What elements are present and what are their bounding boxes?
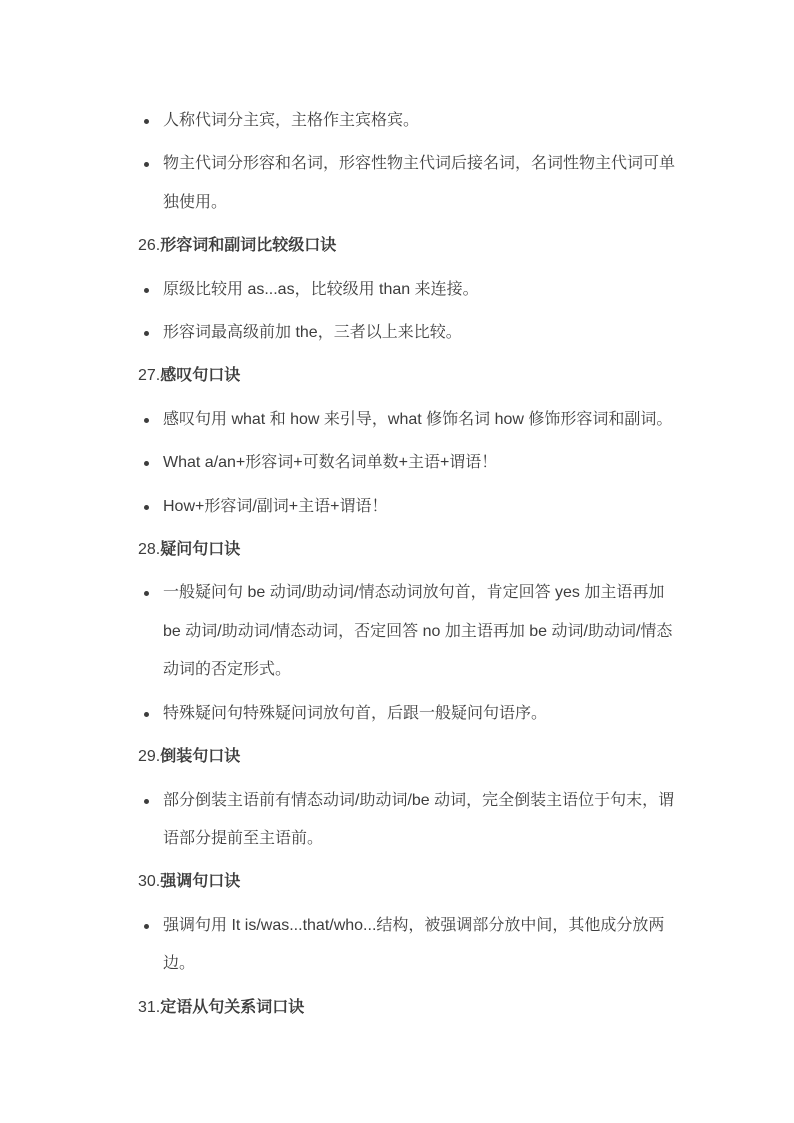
section-heading: 30.强调句口诀 <box>138 863 686 901</box>
bullet-text-line: 感叹句用 what 和 how 来引导，what 修饰名词 how 修饰形容词和… <box>163 401 686 439</box>
bullet-text-line: 一般疑问句 be 动词/助动词/情态动词放句首，肯定回答 yes 加主语再加 <box>163 574 686 612</box>
bullet-item: 物主代词分形容和名词，形容性物主代词后接名词，名词性物主代词可单独使用。 <box>138 145 686 222</box>
bullet-item: 部分倒装主语前有情态动词/助动词/be 动词，完全倒装主语位于句末，谓语部分提前… <box>138 782 686 859</box>
section-heading: 29.倒装句口诀 <box>138 738 686 776</box>
bullet-text: 原级比较用 as...as，比较级用 than 来连接。 <box>163 271 686 309</box>
section-number: 29. <box>138 748 160 765</box>
section-heading: 27.感叹句口诀 <box>138 357 686 395</box>
bullet-text-line: What a/an+形容词+可数名词单数+主语+谓语！ <box>163 444 686 482</box>
section-heading: 31.定语从句关系词口诀 <box>138 989 686 1027</box>
section-title: 形容词和副词比较级口诀 <box>160 237 336 254</box>
section-heading: 28.疑问句口诀 <box>138 531 686 569</box>
bullet-text-line: How+形容词/副词+主语+谓语！ <box>163 488 686 526</box>
bullet-text-line: 语部分提前至主语前。 <box>163 820 686 858</box>
bullet-item: 人称代词分主宾，主格作主宾格宾。 <box>138 102 686 140</box>
bullet-icon <box>138 444 163 482</box>
bullet-text: 人称代词分主宾，主格作主宾格宾。 <box>163 102 686 140</box>
bullet-item: 一般疑问句 be 动词/助动词/情态动词放句首，肯定回答 yes 加主语再加be… <box>138 574 686 689</box>
bullet-text: 强调句用 It is/was...that/who...结构，被强调部分放中间，… <box>163 907 686 984</box>
bullet-text-line: 部分倒装主语前有情态动词/助动词/be 动词，完全倒装主语位于句末，谓 <box>163 782 686 820</box>
bullet-text-line: be 动词/助动词/情态动词，否定回答 no 加主语再加 be 动词/助动词/情… <box>163 613 686 651</box>
bullet-icon <box>138 401 163 439</box>
bullet-item: 形容词最高级前加 the，三者以上来比较。 <box>138 314 686 352</box>
bullet-icon <box>138 314 163 352</box>
section-number: 28. <box>138 541 160 558</box>
bullet-text-line: 强调句用 It is/was...that/who...结构，被强调部分放中间，… <box>163 907 686 945</box>
section-title: 倒装句口诀 <box>160 748 240 765</box>
bullet-icon <box>138 782 163 820</box>
section-title: 定语从句关系词口诀 <box>160 999 304 1016</box>
bullet-text: 物主代词分形容和名词，形容性物主代词后接名词，名词性物主代词可单独使用。 <box>163 145 686 222</box>
bullet-item: 特殊疑问句特殊疑问词放句首，后跟一般疑问句语序。 <box>138 695 686 733</box>
bullet-text-line: 特殊疑问句特殊疑问词放句首，后跟一般疑问句语序。 <box>163 695 686 733</box>
bullet-text-line: 人称代词分主宾，主格作主宾格宾。 <box>163 102 686 140</box>
bullet-text: How+形容词/副词+主语+谓语！ <box>163 488 686 526</box>
document-page: 人称代词分主宾，主格作主宾格宾。 物主代词分形容和名词，形容性物主代词后接名词，… <box>0 0 794 1123</box>
bullet-text-line: 形容词最高级前加 the，三者以上来比较。 <box>163 314 686 352</box>
bullet-item: 强调句用 It is/was...that/who...结构，被强调部分放中间，… <box>138 907 686 984</box>
bullet-item: 感叹句用 what 和 how 来引导，what 修饰名词 how 修饰形容词和… <box>138 401 686 439</box>
section-number: 26. <box>138 237 160 254</box>
bullet-text-line: 边。 <box>163 945 686 983</box>
section-number: 31. <box>138 999 160 1016</box>
bullet-icon <box>138 907 163 945</box>
bullet-item: What a/an+形容词+可数名词单数+主语+谓语！ <box>138 444 686 482</box>
bullet-text: 特殊疑问句特殊疑问词放句首，后跟一般疑问句语序。 <box>163 695 686 733</box>
bullet-text-line: 物主代词分形容和名词，形容性物主代词后接名词，名词性物主代词可单 <box>163 145 686 183</box>
bullet-icon <box>138 488 163 526</box>
bullet-icon <box>138 271 163 309</box>
bullet-icon <box>138 695 163 733</box>
bullet-item: 原级比较用 as...as，比较级用 than 来连接。 <box>138 271 686 309</box>
bullet-icon <box>138 145 163 183</box>
section-title: 感叹句口诀 <box>160 367 240 384</box>
section-number: 27. <box>138 367 160 384</box>
bullet-text-line: 独使用。 <box>163 184 686 222</box>
bullet-text: 形容词最高级前加 the，三者以上来比较。 <box>163 314 686 352</box>
bullet-text: 感叹句用 what 和 how 来引导，what 修饰名词 how 修饰形容词和… <box>163 401 686 439</box>
bullet-icon <box>138 102 163 140</box>
bullet-item: How+形容词/副词+主语+谓语！ <box>138 488 686 526</box>
section-heading: 26.形容词和副词比较级口诀 <box>138 227 686 265</box>
bullet-text-line: 动词的否定形式。 <box>163 651 686 689</box>
bullet-text: 一般疑问句 be 动词/助动词/情态动词放句首，肯定回答 yes 加主语再加be… <box>163 574 686 689</box>
section-number: 30. <box>138 873 160 890</box>
document-content: 人称代词分主宾，主格作主宾格宾。 物主代词分形容和名词，形容性物主代词后接名词，… <box>138 102 686 1032</box>
bullet-text: What a/an+形容词+可数名词单数+主语+谓语！ <box>163 444 686 482</box>
bullet-icon <box>138 574 163 612</box>
section-title: 疑问句口诀 <box>160 541 240 558</box>
bullet-text-line: 原级比较用 as...as，比较级用 than 来连接。 <box>163 271 686 309</box>
section-title: 强调句口诀 <box>160 873 240 890</box>
bullet-text: 部分倒装主语前有情态动词/助动词/be 动词，完全倒装主语位于句末，谓语部分提前… <box>163 782 686 859</box>
